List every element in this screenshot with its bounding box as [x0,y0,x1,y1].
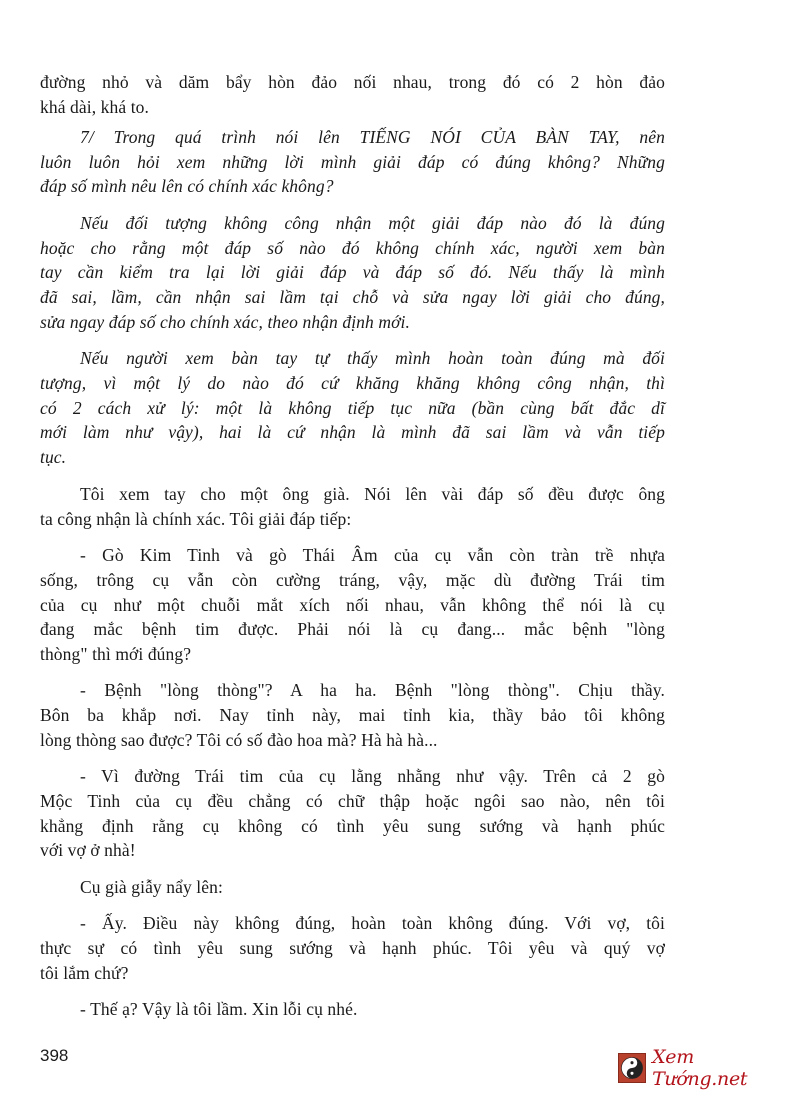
text-line: luôn luôn hỏi xem những lời mình giải đá… [40,150,665,174]
text-line: - Bệnh "lòng thòng"? A ha ha. Bệnh "lòng… [80,678,665,702]
text-line: Cụ già giẫy nẩy lên: [80,875,665,899]
text-line: - Ấy. Điều này không đúng, hoàn toàn khô… [80,911,665,935]
text-line: thòng" thì mới đúng? [40,642,665,666]
text-line: mới làm như vậy), hai là cứ nhận là mình… [40,420,665,444]
text-line: Bôn ba khắp nơi. Nay tỉnh này, mai tỉnh … [40,703,665,727]
text-line: của cụ như một chuỗi mắt xích nối nhau, … [40,593,665,617]
text-line: sống, trông cụ vẫn còn cường tráng, vậy,… [40,568,665,592]
text-line: tay cần kiểm tra lại lời giải đáp và đáp… [40,260,665,284]
site-watermark: Xem Tướng.net [618,1050,785,1086]
text-line: - Thế ạ? Vậy là tôi lầm. Xin lỗi cụ nhé. [80,997,665,1021]
text-line: đã sai, lầm, cần nhận sai lầm tại chỗ và… [40,285,665,309]
text-line: có 2 cách xử lý: một là không tiếp tục n… [40,396,665,420]
text-line: sửa ngay đáp số cho chính xác, theo nhận… [40,310,665,334]
text-line: Nếu đối tượng không công nhận một giải đ… [80,211,665,235]
watermark-text: Xem Tướng.net [652,1046,785,1090]
text-line: tục. [40,445,665,469]
text-line: tôi lắm chứ? [40,961,665,985]
text-line: Tôi xem tay cho một ông già. Nói lên vài… [80,482,665,506]
text-line: đáp số mình nêu lên có chính xác không? [40,174,665,198]
text-line: hoặc cho rằng một đáp số nào đó không ch… [40,236,665,260]
text-line: 7/ Trong quá trình nói lên TIẾNG NÓI CỦA… [80,125,665,149]
text-line: đang mắc bệnh tim được. Phải nói là cụ đ… [40,617,665,641]
book-page: đường nhỏ và dăm bẩy hòn đảo nối nhau, t… [0,0,785,1102]
yin-yang-icon [618,1053,646,1083]
text-line: Mộc Tinh của cụ đều chẳng có chữ thập ho… [40,789,665,813]
text-line: - Vì đường Trái tim của cụ lằng nhằng nh… [80,764,665,788]
text-line: tượng, vì một lý do nào đó cứ khăng khăn… [40,371,665,395]
text-line: với vợ ở nhà! [40,838,665,862]
page-number: 398 [40,1046,68,1066]
text-line: ta công nhận là chính xác. Tôi giải đáp … [40,507,665,531]
text-line: Nếu người xem bàn tay tự thấy mình hoàn … [80,346,665,370]
text-line: khẳng định rằng cụ không có tình yêu sun… [40,814,665,838]
text-line: khá dài, khá to. [40,95,665,119]
text-line: thực sự có tình yêu sung sướng và hạnh p… [40,936,665,960]
text-line: lòng thòng sao được? Tôi có số đào hoa m… [40,728,665,752]
text-line: - Gò Kim Tinh và gò Thái Âm của cụ vẫn c… [80,543,665,567]
text-line: đường nhỏ và dăm bẩy hòn đảo nối nhau, t… [40,70,665,94]
